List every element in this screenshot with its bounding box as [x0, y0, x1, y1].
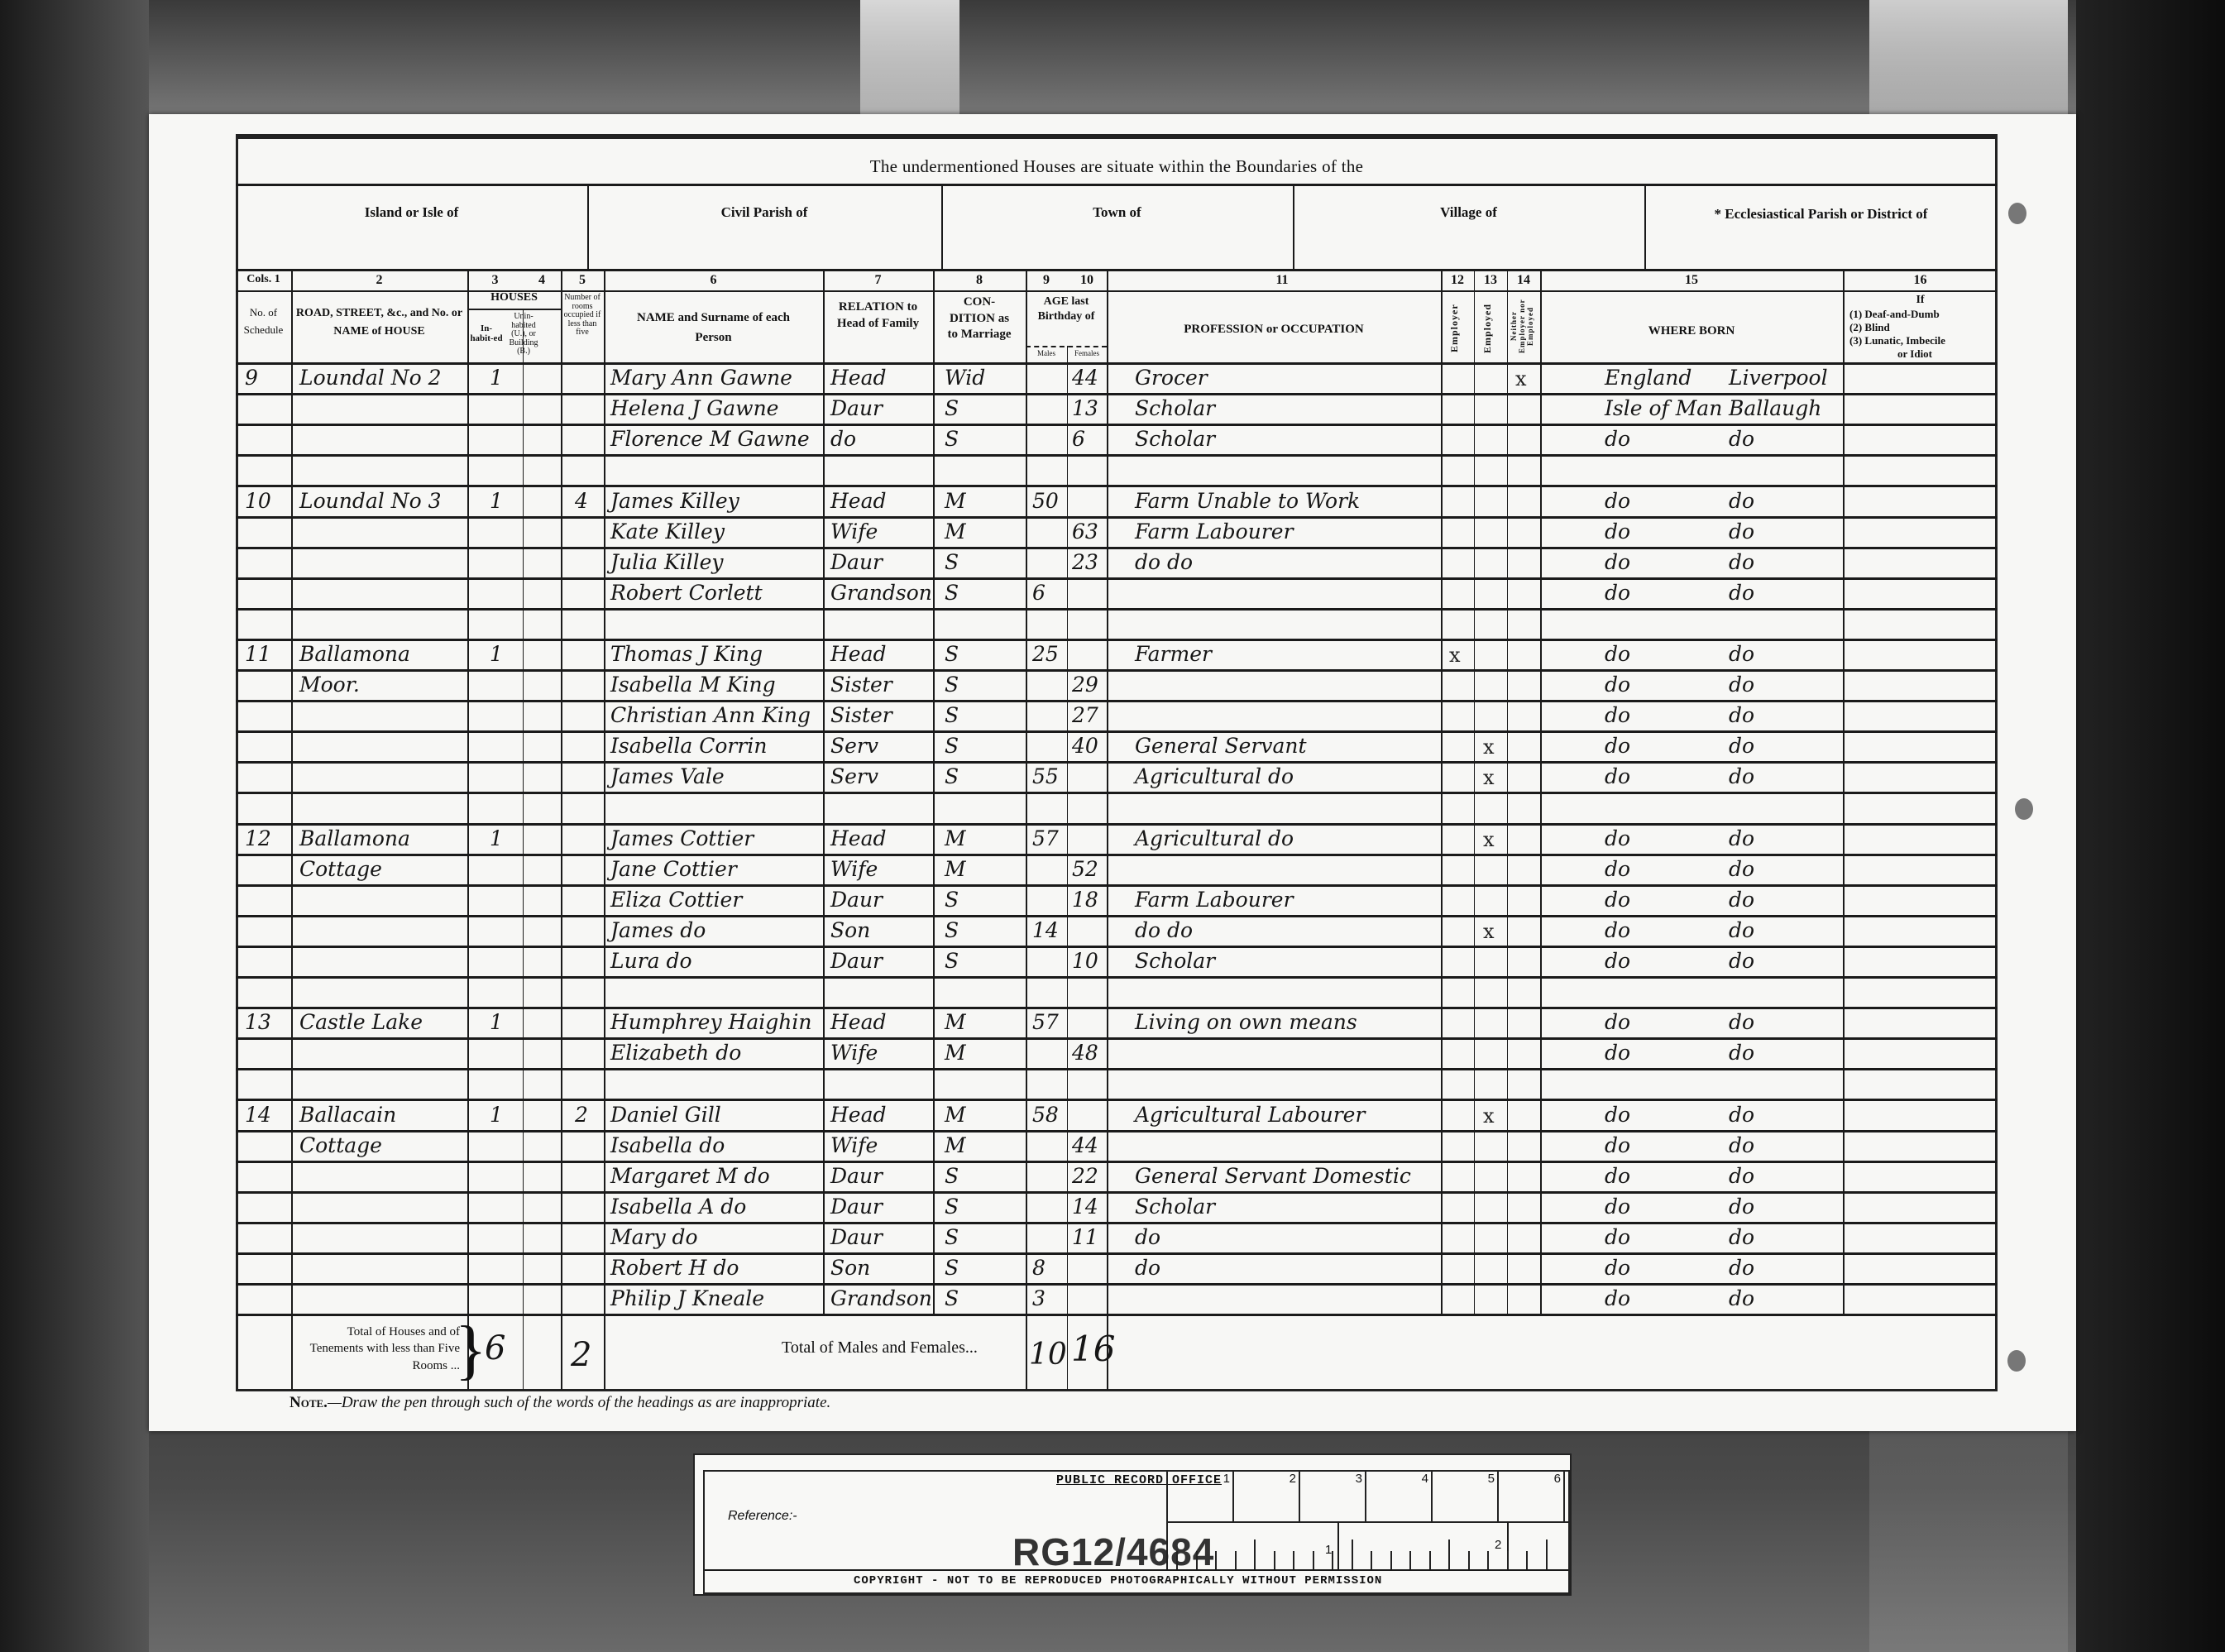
- born-place-cell: do: [1605, 1042, 1630, 1063]
- row-divider: [236, 393, 1998, 395]
- female-age-cell: 18: [1072, 889, 1098, 910]
- region-civil-parish-label: Civil Parish of: [587, 205, 941, 221]
- employed-mark: x: [1483, 828, 1495, 851]
- condition-cell: S: [945, 950, 959, 971]
- ruler-tick: [1235, 1551, 1237, 1569]
- name-cell: James Vale: [610, 766, 725, 787]
- born-place-cell: do: [1605, 552, 1630, 572]
- inhabited-cell: 1: [490, 1012, 503, 1032]
- col-divider: [523, 309, 524, 1390]
- brace: }: [455, 1317, 486, 1383]
- background-dark-edge: [0, 0, 149, 1652]
- born-place-cell: do: [1605, 1135, 1630, 1156]
- born-parish-cell: do: [1729, 1104, 1754, 1125]
- row-divider: [236, 639, 1998, 641]
- female-age-cell: 13: [1072, 398, 1098, 419]
- neither-mark: x: [1515, 367, 1527, 390]
- totals-rooms: 2: [571, 1338, 591, 1372]
- relation-cell: Head: [830, 491, 887, 511]
- schedule-cell: 13: [245, 1012, 271, 1032]
- female-age-cell: 23: [1072, 552, 1098, 572]
- female-age-cell: 11: [1072, 1227, 1098, 1247]
- divider: [236, 184, 1998, 186]
- condition-cell: M: [945, 1135, 966, 1156]
- name-cell: Margaret M do: [610, 1166, 770, 1186]
- schedule-cell: 10: [245, 491, 271, 511]
- relation-cell: Sister: [830, 674, 892, 695]
- row-divider: [236, 424, 1998, 426]
- background-dark-edge: [2076, 0, 2225, 1652]
- row-divider: [236, 1283, 1998, 1286]
- divider: [1644, 184, 1646, 269]
- occupation-cell: Grocer: [1135, 367, 1208, 388]
- col-number-9: 9: [1026, 273, 1067, 288]
- occupation-cell: Farm Labourer: [1135, 889, 1294, 910]
- divider: [587, 184, 589, 269]
- col-header-infirmity-2: (2) Blind: [1849, 321, 1890, 334]
- region-island-label: Island or Isle of: [236, 205, 587, 221]
- born-parish-cell: do: [1729, 828, 1754, 849]
- inhabited-cell: 1: [490, 644, 503, 664]
- female-age-cell: 63: [1072, 521, 1098, 542]
- born-place-cell: do: [1605, 766, 1630, 787]
- born-place-cell: do: [1605, 674, 1630, 695]
- condition-cell: S: [945, 889, 959, 910]
- born-place-cell: do: [1605, 582, 1630, 603]
- condition-cell: S: [945, 429, 959, 449]
- row-divider: [236, 884, 1998, 887]
- col-number-2: 2: [291, 273, 467, 288]
- born-parish-cell: do: [1729, 1166, 1754, 1186]
- employed-mark: x: [1483, 1104, 1495, 1128]
- condition-cell: S: [945, 644, 959, 664]
- female-age-cell: 22: [1072, 1166, 1098, 1186]
- col-number-11: 11: [1107, 273, 1457, 288]
- row-divider: [236, 761, 1998, 764]
- row-divider: [236, 1037, 1998, 1040]
- row-divider: [236, 577, 1998, 580]
- occupation-cell: Agricultural do: [1135, 828, 1294, 849]
- divider: [1026, 346, 1107, 347]
- condition-cell: M: [945, 859, 966, 879]
- row-divider: [236, 823, 1998, 826]
- col-number-15: 15: [1540, 273, 1843, 288]
- condition-cell: S: [945, 1227, 959, 1247]
- schedule-cell: 14: [245, 1104, 271, 1125]
- born-parish-cell: do: [1729, 1135, 1754, 1156]
- born-place-cell: do: [1605, 521, 1630, 542]
- ruler-tick: [1274, 1551, 1275, 1569]
- punch-hole: [2007, 1350, 2026, 1372]
- born-parish-cell: do: [1729, 950, 1754, 971]
- inhabited-cell: 1: [490, 1104, 503, 1125]
- born-place-cell: do: [1605, 950, 1630, 971]
- ruler-cm-4: 4: [1366, 1472, 1433, 1521]
- female-age-cell: 40: [1072, 735, 1098, 756]
- occupation-cell: Agricultural do: [1135, 766, 1294, 787]
- female-age-cell: 27: [1072, 705, 1098, 725]
- born-parish-cell: do: [1729, 1012, 1754, 1032]
- condition-cell: S: [945, 1166, 959, 1186]
- occupation-cell: Farm Labourer: [1135, 521, 1294, 542]
- ruler-tick: [1390, 1551, 1392, 1569]
- row-divider: [236, 792, 1998, 794]
- address-cell: Castle Lake: [299, 1012, 423, 1032]
- employed-mark: x: [1483, 920, 1495, 943]
- born-place-cell: do: [1605, 920, 1630, 941]
- name-cell: Daniel Gill: [610, 1104, 721, 1125]
- inhabited-cell: 1: [490, 367, 503, 388]
- born-parish-cell: do: [1729, 1288, 1754, 1309]
- ruler-tick: [1448, 1539, 1450, 1569]
- born-parish-cell: do: [1729, 766, 1754, 787]
- occupation-cell: General Servant: [1135, 735, 1307, 756]
- name-cell: Mary do: [610, 1227, 698, 1247]
- male-age-cell: 6: [1032, 582, 1046, 603]
- form-note: Note.—Draw the pen through such of the w…: [289, 1394, 830, 1412]
- relation-cell: Daur: [830, 552, 883, 572]
- col-number-5: 5: [561, 273, 604, 288]
- row-divider: [236, 608, 1998, 611]
- occupation-cell: Scholar: [1135, 429, 1215, 449]
- totals-houses-inhabited: 6: [485, 1332, 505, 1365]
- address-cell: Loundal No 3: [299, 491, 441, 511]
- born-parish-cell: do: [1729, 735, 1754, 756]
- condition-cell: Wid: [945, 367, 985, 388]
- relation-cell: Head: [830, 828, 887, 849]
- male-age-cell: 57: [1032, 1012, 1059, 1032]
- ruler-tick: [1176, 1551, 1178, 1569]
- row-divider: [236, 669, 1998, 672]
- row-divider: [236, 730, 1998, 733]
- relation-cell: Grandson: [830, 582, 932, 603]
- born-parish-cell: do: [1729, 674, 1754, 695]
- ruler-tick: [1293, 1551, 1294, 1569]
- col-header-uninhabited: Unin-habited (U.), or Building (B.): [506, 313, 541, 357]
- col-header-road: ROAD, STREET, &c., and No. or NAME of HO…: [294, 304, 464, 342]
- relation-cell: Serv: [830, 766, 878, 787]
- born-place-cell: do: [1605, 1012, 1630, 1032]
- female-age-cell: 52: [1072, 859, 1098, 879]
- occupation-cell: Scholar: [1135, 398, 1215, 419]
- ruler-cm-3: 3: [1300, 1472, 1366, 1521]
- col-header-houses: HOUSES: [467, 291, 561, 304]
- row-divider: [236, 485, 1998, 487]
- col-number-10: 10: [1067, 273, 1107, 288]
- ruler-tick: [1352, 1539, 1353, 1569]
- occupation-cell: Living on own means: [1135, 1012, 1357, 1032]
- female-age-cell: 44: [1072, 367, 1098, 388]
- relation-cell: Wife: [830, 521, 878, 542]
- ruler-inch-2: 2: [1495, 1538, 1501, 1552]
- row-divider: [236, 1161, 1998, 1163]
- name-cell: Eliza Cottier: [610, 889, 742, 910]
- schedule-cell: 12: [245, 828, 271, 849]
- col-header-name: NAME and Surname of each Person: [629, 308, 798, 347]
- ruler-tick: [1371, 1551, 1372, 1569]
- col-number-13: 13: [1474, 273, 1507, 288]
- col-number-4: 4: [523, 273, 561, 288]
- female-age-cell: 48: [1072, 1042, 1098, 1063]
- born-parish-cell: do: [1729, 552, 1754, 572]
- name-cell: Robert H do: [610, 1257, 739, 1278]
- name-cell: Isabella Corrin: [610, 735, 767, 756]
- col-header-employer: Employer: [1449, 299, 1466, 357]
- inhabited-cell: 1: [490, 491, 503, 511]
- divider: [467, 309, 561, 310]
- born-place-cell: do: [1605, 429, 1630, 449]
- reference-label: Reference:-: [728, 1509, 797, 1524]
- male-age-cell: 57: [1032, 828, 1059, 849]
- condition-cell: M: [945, 1012, 966, 1032]
- note-prefix: Note.: [289, 1394, 328, 1411]
- address-cell: Ballacain: [299, 1104, 396, 1125]
- divider: [1293, 184, 1294, 269]
- ruler-tick: [1409, 1551, 1411, 1569]
- relation-cell: Head: [830, 644, 887, 664]
- relation-cell: Grandson: [830, 1288, 932, 1309]
- born-parish-cell: do: [1729, 582, 1754, 603]
- name-cell: Florence M Gawne: [610, 429, 810, 449]
- occupation-cell: General Servant Domestic: [1135, 1166, 1411, 1186]
- col-header-rooms: Number of rooms occupied if less than fi…: [562, 294, 602, 338]
- relation-cell: Head: [830, 1104, 887, 1125]
- male-age-cell: 50: [1032, 491, 1059, 511]
- relation-cell: Head: [830, 1012, 887, 1032]
- rooms-cell: 4: [575, 491, 588, 511]
- ruler-tick: [1546, 1539, 1548, 1569]
- ruler-cm-2: 2: [1234, 1472, 1300, 1521]
- row-divider: [236, 516, 1998, 519]
- born-parish-cell: do: [1729, 429, 1754, 449]
- name-cell: Helena J Gawne: [610, 398, 778, 419]
- col-header-where-born: WHERE BORN: [1540, 324, 1843, 338]
- col-header-infirmity-if: If: [1843, 294, 1998, 306]
- born-parish-cell: do: [1729, 1196, 1754, 1217]
- col-header-schedule: No. of Schedule: [237, 304, 289, 339]
- ruler-tick: [1487, 1551, 1489, 1569]
- name-cell: Elizabeth do: [610, 1042, 741, 1063]
- condition-cell: S: [945, 398, 959, 419]
- male-age-cell: 58: [1032, 1104, 1059, 1125]
- col-header-females: Females: [1067, 350, 1107, 357]
- name-cell: Humphrey Haighin: [610, 1012, 811, 1032]
- row-divider: [236, 454, 1998, 457]
- name-cell: Kate Killey: [610, 521, 725, 542]
- col-number-3: 3: [467, 273, 523, 288]
- col-header-employed: Employed: [1482, 299, 1499, 357]
- row-divider: [236, 1191, 1998, 1194]
- col-number-14: 14: [1507, 273, 1540, 288]
- name-cell: Christian Ann King: [610, 705, 811, 725]
- col-header-relation: RELATION to Head of Family: [827, 299, 929, 332]
- relation-cell: Serv: [830, 735, 878, 756]
- divider: [705, 1569, 1568, 1571]
- born-parish-cell: do: [1729, 1042, 1754, 1063]
- ruler-tick: [1468, 1551, 1470, 1569]
- rooms-cell: 2: [575, 1104, 588, 1125]
- occupation-cell: do: [1135, 1257, 1160, 1278]
- relation-cell: Daur: [830, 950, 883, 971]
- address-cell: Moor.: [299, 674, 360, 695]
- name-cell: Philip J Kneale: [610, 1288, 764, 1309]
- col-number-8: 8: [933, 273, 1026, 288]
- born-place-cell: do: [1605, 1288, 1630, 1309]
- name-cell: James do: [610, 920, 706, 941]
- female-age-cell: 29: [1072, 674, 1098, 695]
- row-divider: [236, 1130, 1998, 1132]
- name-cell: Isabella do: [610, 1135, 725, 1156]
- relation-cell: Daur: [830, 398, 883, 419]
- male-age-cell: 3: [1032, 1288, 1046, 1309]
- relation-cell: Son: [830, 920, 870, 941]
- born-parish-cell: Liverpool: [1729, 367, 1828, 388]
- totals-females: 16: [1071, 1332, 1115, 1367]
- row-divider: [236, 1252, 1998, 1255]
- punch-hole: [2015, 798, 2033, 820]
- name-cell: Mary Ann Gawne: [610, 367, 792, 388]
- name-cell: Robert Corlett: [610, 582, 763, 603]
- divider: [236, 269, 1998, 271]
- row-divider: [236, 946, 1998, 948]
- row-divider: [236, 1099, 1998, 1101]
- relation-cell: Son: [830, 1257, 870, 1278]
- born-place-cell: do: [1605, 1227, 1630, 1247]
- col-header-males: Males: [1026, 350, 1067, 357]
- born-parish-cell: do: [1729, 521, 1754, 542]
- relation-cell: Wife: [830, 1042, 878, 1063]
- condition-cell: S: [945, 582, 959, 603]
- totals-divider: [236, 1314, 1998, 1316]
- row-divider: [236, 976, 1998, 979]
- address-cell: Loundal No 2: [299, 367, 441, 388]
- occupation-cell: do do: [1135, 920, 1193, 941]
- ruler-cm-1: 1: [1168, 1472, 1234, 1521]
- region-ecclesiastical-label: * Ecclesiastical Parish or District of: [1644, 207, 1998, 223]
- employed-mark: x: [1483, 735, 1495, 759]
- condition-cell: S: [945, 674, 959, 695]
- condition-cell: S: [945, 705, 959, 725]
- header-bottom-divider: [236, 362, 1998, 365]
- schedule-cell: 9: [245, 367, 258, 388]
- born-place-cell: do: [1605, 1196, 1630, 1217]
- ruler-tick: [1215, 1551, 1217, 1569]
- condition-cell: S: [945, 735, 959, 756]
- record-label-frame: PUBLIC RECORD OFFICE Reference:- RG12/46…: [703, 1470, 1570, 1594]
- totals-males: 10: [1029, 1340, 1067, 1370]
- ruler-tick: [1526, 1551, 1528, 1569]
- col-number-16: 16: [1843, 273, 1998, 288]
- occupation-cell: do do: [1135, 552, 1193, 572]
- name-cell: Jane Cottier: [610, 859, 737, 879]
- condition-cell: M: [945, 491, 966, 511]
- row-divider: [236, 700, 1998, 702]
- address-cell: Cottage: [299, 859, 382, 879]
- condition-cell: S: [945, 1288, 959, 1309]
- condition-cell: S: [945, 1196, 959, 1217]
- born-parish-cell: do: [1729, 1257, 1754, 1278]
- born-parish-cell: Ballaugh: [1729, 398, 1821, 419]
- condition-cell: S: [945, 552, 959, 572]
- address-cell: Ballamona: [299, 828, 410, 849]
- col-number-7: 7: [823, 273, 933, 288]
- col-header-inhabited: In-habit-ed: [469, 324, 504, 343]
- col-header-occupation: PROFESSION or OCCUPATION: [1107, 323, 1441, 337]
- born-parish-cell: do: [1729, 705, 1754, 725]
- divider: [941, 184, 943, 269]
- occupation-cell: Agricultural Labourer: [1135, 1104, 1365, 1125]
- scale-ruler: 1 2 3 4 5 6 1 2: [1166, 1472, 1568, 1569]
- form-title: The undermentioned Houses are situate wi…: [236, 157, 1998, 176]
- male-age-cell: 25: [1032, 644, 1059, 664]
- col-header-infirmity-1: (1) Deaf-and-Dumb: [1849, 308, 1940, 321]
- born-place-cell: do: [1605, 491, 1630, 511]
- name-cell: Julia Killey: [610, 552, 724, 572]
- col-number-1: Cols. 1: [236, 273, 291, 285]
- born-parish-cell: do: [1729, 1227, 1754, 1247]
- name-cell: Isabella A do: [610, 1196, 746, 1217]
- name-cell: Lura do: [610, 950, 692, 971]
- male-age-cell: 55: [1032, 766, 1059, 787]
- condition-cell: M: [945, 1104, 966, 1125]
- ruler-tick: [1332, 1551, 1333, 1569]
- col-divider: [1067, 346, 1068, 1390]
- occupation-cell: Scholar: [1135, 950, 1215, 971]
- col-header-infirmity-4: or Idiot: [1897, 347, 1932, 361]
- born-place-cell: do: [1605, 1166, 1630, 1186]
- copyright-notice: COPYRIGHT - NOT TO BE REPRODUCED PHOTOGR…: [854, 1574, 1382, 1587]
- ruler-cm-6: 6: [1499, 1472, 1565, 1521]
- born-place-cell: Isle of Man: [1605, 398, 1722, 419]
- row-divider: [236, 1007, 1998, 1009]
- born-parish-cell: do: [1729, 920, 1754, 941]
- born-place-cell: do: [1605, 705, 1630, 725]
- condition-cell: S: [945, 766, 959, 787]
- ruler-cm-5: 5: [1433, 1472, 1499, 1521]
- ruler-tick: [1254, 1539, 1256, 1569]
- born-place-cell: do: [1605, 644, 1630, 664]
- born-place-cell: do: [1605, 889, 1630, 910]
- born-parish-cell: do: [1729, 889, 1754, 910]
- male-age-cell: 14: [1032, 920, 1059, 941]
- region-village-label: Village of: [1293, 205, 1644, 221]
- row-divider: [236, 915, 1998, 917]
- totals-persons-label: Total of Males and Females...: [782, 1338, 978, 1358]
- inhabited-cell: 1: [490, 828, 503, 849]
- female-age-cell: 10: [1072, 950, 1098, 971]
- col-header-neither: Neither Employer nor Employed: [1510, 293, 1537, 359]
- ruler-tick: [1429, 1551, 1431, 1569]
- row-divider: [236, 1068, 1998, 1070]
- relation-cell: Daur: [830, 1196, 883, 1217]
- occupation-cell: Farmer: [1135, 644, 1212, 664]
- region-town-label: Town of: [941, 205, 1293, 221]
- employed-mark: x: [1483, 766, 1495, 789]
- note-text: —Draw the pen through such of the words …: [328, 1394, 830, 1411]
- relation-cell: Daur: [830, 1166, 883, 1186]
- born-place-cell: do: [1605, 828, 1630, 849]
- relation-cell: Wife: [830, 859, 878, 879]
- relation-cell: Wife: [830, 1135, 878, 1156]
- ruler-tick: [1507, 1551, 1509, 1569]
- condition-cell: S: [945, 1257, 959, 1278]
- female-age-cell: 44: [1072, 1135, 1098, 1156]
- relation-cell: do: [830, 429, 856, 449]
- record-office-label: PUBLIC RECORD OFFICE Reference:- RG12/46…: [693, 1453, 1572, 1596]
- col-header-condition: CON-DITION as to Marriage: [943, 294, 1016, 343]
- schedule-cell: 11: [245, 644, 271, 664]
- row-divider: [236, 1222, 1998, 1224]
